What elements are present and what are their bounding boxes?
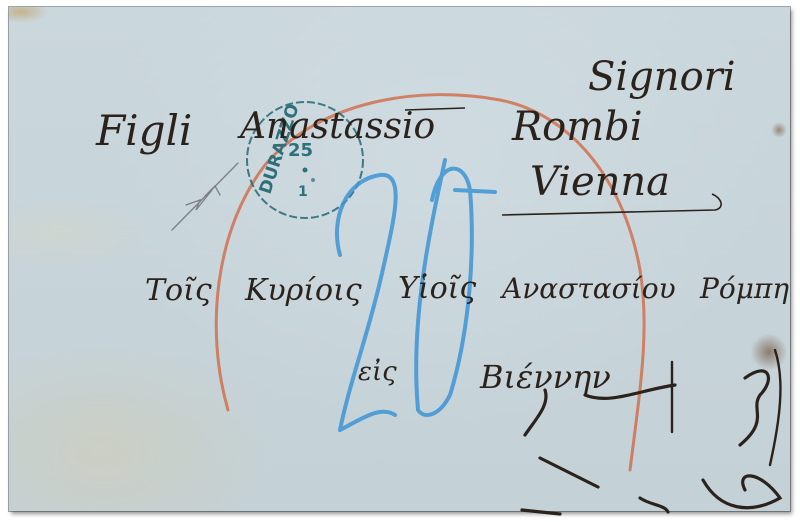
greek-eis: εἰς bbox=[358, 357, 397, 387]
addr-vienna: Vienna bbox=[530, 159, 670, 205]
pencil-note bbox=[172, 163, 238, 230]
greek-kyriois: Κυρίοις bbox=[244, 273, 362, 308]
greek-rompi: Ρόμπη bbox=[699, 272, 789, 305]
greek-yiois: Υἱοῖς bbox=[398, 271, 476, 306]
addr-figli: Figli bbox=[95, 106, 192, 155]
cover-markings: DURAZZO 25 1 Signori Figli Anastassio Ro… bbox=[0, 0, 800, 522]
addr-signori: Signori bbox=[588, 54, 736, 100]
italian-address: Signori Figli Anastassio Rombi Vienna bbox=[95, 54, 736, 215]
greek-tois: Τοῖς bbox=[145, 273, 212, 308]
greek-address: Τοῖς Κυρίοις Υἱοῖς Αναστασίου Ρόμπη εἰς … bbox=[145, 271, 789, 396]
postmark-month: 1 bbox=[298, 184, 308, 200]
addr-rombi: Rombi bbox=[511, 104, 643, 150]
greek-anastasiou: Αναστασίου bbox=[499, 272, 676, 305]
addr-anastassio: Anastassio bbox=[237, 106, 435, 147]
photo-frame: DURAZZO 25 1 Signori Figli Anastassio Ro… bbox=[0, 0, 800, 522]
